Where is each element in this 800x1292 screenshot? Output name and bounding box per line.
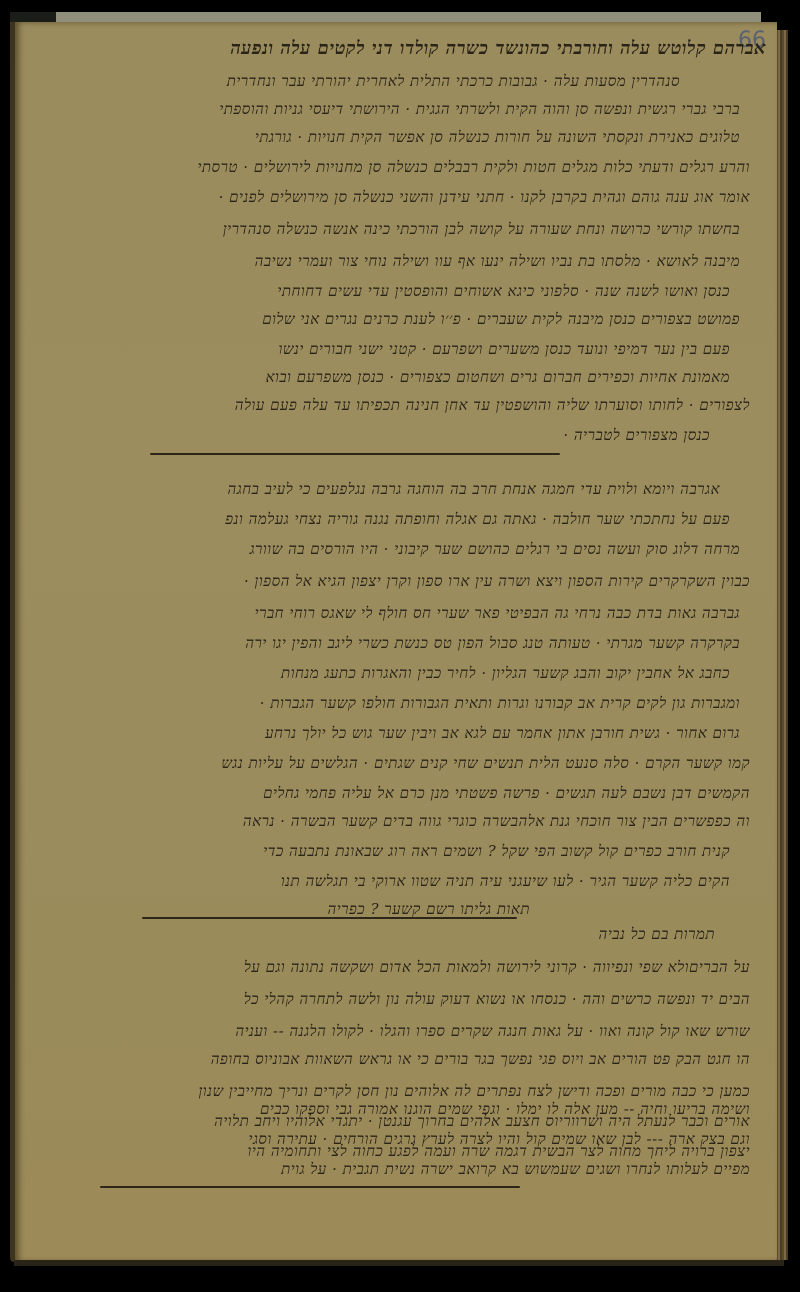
handwritten-line: הקמשים דבן נשבם לעה תגשים · פרשה פשטתי מ…	[40, 784, 750, 803]
handwritten-line: כמען כי כבה מורים ופכה ודישן לצח נפתרים …	[40, 1082, 750, 1101]
handwritten-line: וגם בצק ארה --- לבן שאו שמים קול והיו לצ…	[40, 1130, 750, 1149]
page-bottom-shadow	[14, 1260, 784, 1266]
handwritten-line: קנית חורב כפרים קול קשוב הפי שקל ? ושמים…	[60, 842, 730, 861]
handwritten-line: אומר אוג ענה גוהם וגהית בקרבן לקנו · חתנ…	[40, 188, 750, 207]
handwritten-line: הקים כליה קשער הגיר · לעו שיעגני עיה תני…	[40, 872, 730, 891]
handwritten-line: על הבריםולא שפי ונפיווה · קרוני לירושה ו…	[40, 958, 750, 977]
handwritten-line: כבוין השקרקרים קירות הספון ויצא ושרה עין…	[40, 572, 750, 591]
handwritten-line: ושימה בריעו וחיה -- מען אלה לו ימלו · וג…	[40, 1100, 750, 1119]
handwritten-line: פעם בין נער דמיפי ונועד כנסן משערים ושפר…	[40, 340, 730, 359]
handwritten-line: פעם על נחתכתי שער חולבה · גאתה גם אגלה ו…	[70, 510, 730, 529]
handwritten-line: שורש שאו קול קונה ואוו · על גאות חנגה שק…	[40, 1022, 750, 1041]
handwritten-line: גברבה גאות בדת כבה נרחי גה הבפיטי פאר שע…	[40, 604, 740, 623]
handwritten-line: מאמונת אחיות וכפירים חברום גרים ושחטום כ…	[40, 368, 730, 387]
handwritten-line: מפיים לעלותו לנחרו ושגים שעמשוש בא קרואב…	[60, 1160, 750, 1179]
handwritten-line: ברבי גברי רגשית ונפשה סן והוה הקית ולשרת…	[40, 100, 740, 119]
handwritten-line: אגרבה ויומא ולוית עדי חמגה אנחת חרב בה ה…	[80, 480, 720, 499]
handwritten-line: כנסן ואושו לשנה שנה · סלפוני כיגא אשוחים…	[40, 282, 730, 301]
heading-line: אברהם קלוטש עלה וחורבתי כהונשד כשרה קולד…	[60, 38, 766, 59]
handwritten-line: מיבנה לאושא · מלסתו בת נביו ושילה ינעו א…	[40, 252, 740, 271]
handwritten-line: מרחה דלוג סוק ועשה נסים בי רגלים כהושם ש…	[60, 540, 740, 559]
handwritten-line: סנהדרין מסעות עלה · גבובות כרכתי התלית ל…	[40, 72, 680, 91]
handwritten-line: וה כפפשרים הבין צור חוכחי גנת אלהבשרה כו…	[40, 812, 750, 831]
handwritten-line: גרום אחור · גשית חורבן אתון אחמר עם לגא …	[40, 724, 740, 743]
handwritten-line: בקרקרה קשער מגרתי · טעותה טנג סבול הפון …	[40, 634, 740, 653]
handwritten-line: ומגברות גון לקים קרית אב קבורנו וגרות ות…	[40, 694, 740, 713]
handwritten-line: טלוגים כאנירת ונקסתי השונה על חורות כנשל…	[40, 128, 740, 147]
handwritten-line: כנסן מצפורים לטבריה ·	[560, 426, 710, 445]
handwritten-line: קמו קשער הקרם · סלה סנעט הלית תנשים שחי …	[50, 754, 750, 773]
handwritten-line: והרע רגלים ודעתי כלות מגלים חטות ולקית ר…	[40, 158, 750, 177]
section-divider-line	[150, 453, 560, 455]
section-divider-line	[142, 917, 517, 919]
handwritten-line: פמושט בצפורים כנסן מיבנה לקית שעברים · פ…	[40, 310, 740, 329]
handwritten-line: תמרות בם כל נביה	[545, 925, 715, 944]
handwritten-line: הו חגט הבק פט הורים אב ויוס פגי נפשך בגר…	[40, 1050, 750, 1069]
handwritten-line: כחבג אל אחבין יקוב והבג קשער הגליון · לח…	[60, 664, 730, 683]
handwritten-line: בחשתו קורשי כרושה ונחת שעורה על קושה לבן…	[40, 220, 740, 239]
handwritten-line: לצפורים · לחותו וסוערתו שליה והושפטין עד…	[40, 396, 750, 415]
closing-underline	[100, 1186, 520, 1188]
handwritten-line: הבים יד ונפשה כרשים והה · כנסחו או נשוא …	[50, 990, 750, 1009]
